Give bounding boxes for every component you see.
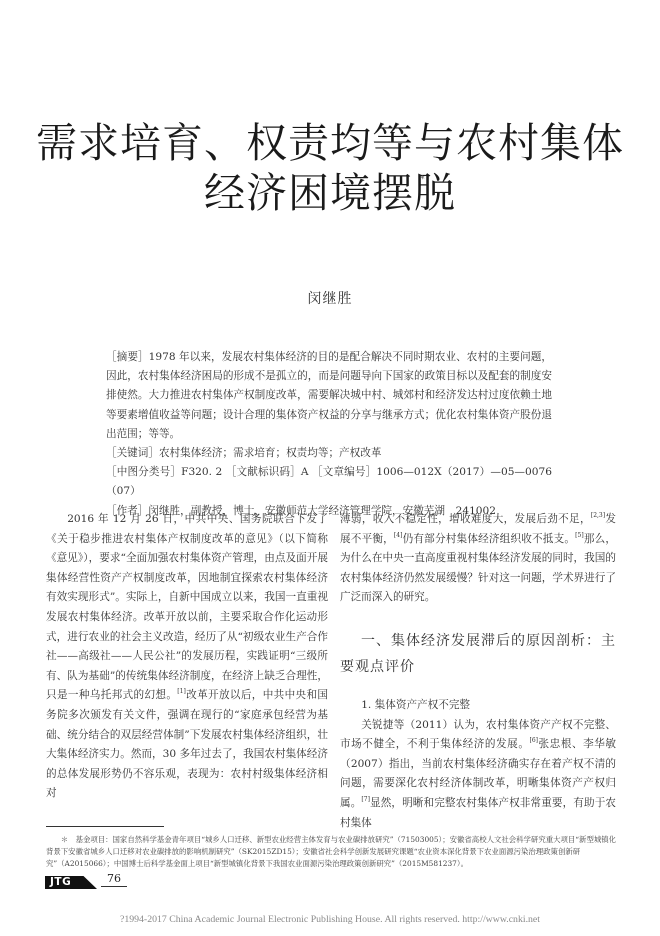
- paragraph-text: 仍有部分村集体经济组织收不抵支。: [402, 533, 575, 545]
- subsection-heading: 1. 集体资产产权不完整: [340, 696, 616, 716]
- paragraph-text: 薄弱，收入不稳定性，增收难度大，发展后劲不足，: [340, 513, 591, 525]
- citation-ref: [1]: [177, 688, 186, 695]
- body-right-column: 薄弱，收入不稳定性，增收难度大，发展后劲不足，[2,3]发展不平衡，[4]仍有部…: [340, 510, 616, 833]
- section-heading: 一、集体经济发展滞后的原因剖析：主要观点评价: [340, 628, 616, 680]
- abstract-text: ［摘要］1978 年以来，发展农村集体经济的目的是配合解决不同时期农业、农村的主…: [106, 348, 552, 444]
- title-footnote-marker: *: [420, 175, 425, 185]
- body-left-column: 2016 年 12 月 26 日，中共中央、国务院联合下发了《关于稳步推进农村集…: [46, 510, 328, 804]
- funding-footnote: ＊ 基金项目：国家自然科学基金青年项目“城乡人口迁移、新型农业经营主体发育与农业…: [46, 834, 616, 870]
- keywords: ［关键词］农村集体经济；需求培育；权责均等；产权改革: [106, 444, 552, 463]
- author-name: 闵继胜: [0, 288, 660, 308]
- body-paragraph: 薄弱，收入不稳定性，增收难度大，发展后劲不足，[2,3]发展不平衡，[4]仍有部…: [340, 510, 616, 608]
- journal-logo: JTG: [45, 876, 97, 889]
- citation-ref: [2,3]: [591, 512, 605, 519]
- citation-ref: [5]: [575, 532, 584, 539]
- footnote-divider: [46, 826, 164, 827]
- article-title-line-2: 经济困境摆脱: [0, 168, 660, 218]
- body-paragraph: 关锐捷等（2011）认为，农村集体资产产权不完整、市场不健全，不利于集体经济的发…: [340, 716, 616, 834]
- article-title-line-1: 需求培育、权责均等与农村集体: [0, 118, 660, 168]
- page-number: 76: [101, 872, 127, 887]
- copyright-notice: ?1994-2017 China Academic Journal Electr…: [0, 914, 660, 925]
- paragraph-text: 2016 年 12 月 26 日，中共中央、国务院联合下发了《关于稳步推进农村集…: [46, 513, 328, 701]
- footnote-text: ＊ 基金项目：国家自然科学基金青年项目“城乡人口迁移、新型农业经营主体发育与农业…: [46, 834, 616, 870]
- abstract-block: ［摘要］1978 年以来，发展农村集体经济的目的是配合解决不同时期农业、农村的主…: [106, 348, 552, 521]
- paragraph-text: 改革开放以后，中共中央和国务院多次颁发有关文件，强调在现行的“家庭承包经营为基础…: [46, 689, 328, 799]
- body-paragraph: 2016 年 12 月 26 日，中共中央、国务院联合下发了《关于稳步推进农村集…: [46, 510, 328, 804]
- classification-info: ［中图分类号］F320. 2 ［文献标识码］A ［文章编号］1006—012X（…: [106, 463, 552, 501]
- citation-ref: [7]: [361, 796, 370, 803]
- paragraph-text: 显然，明晰和完整农村集体产权非常重要，有助于农村集体: [340, 797, 616, 829]
- citation-ref: [6]: [529, 737, 538, 744]
